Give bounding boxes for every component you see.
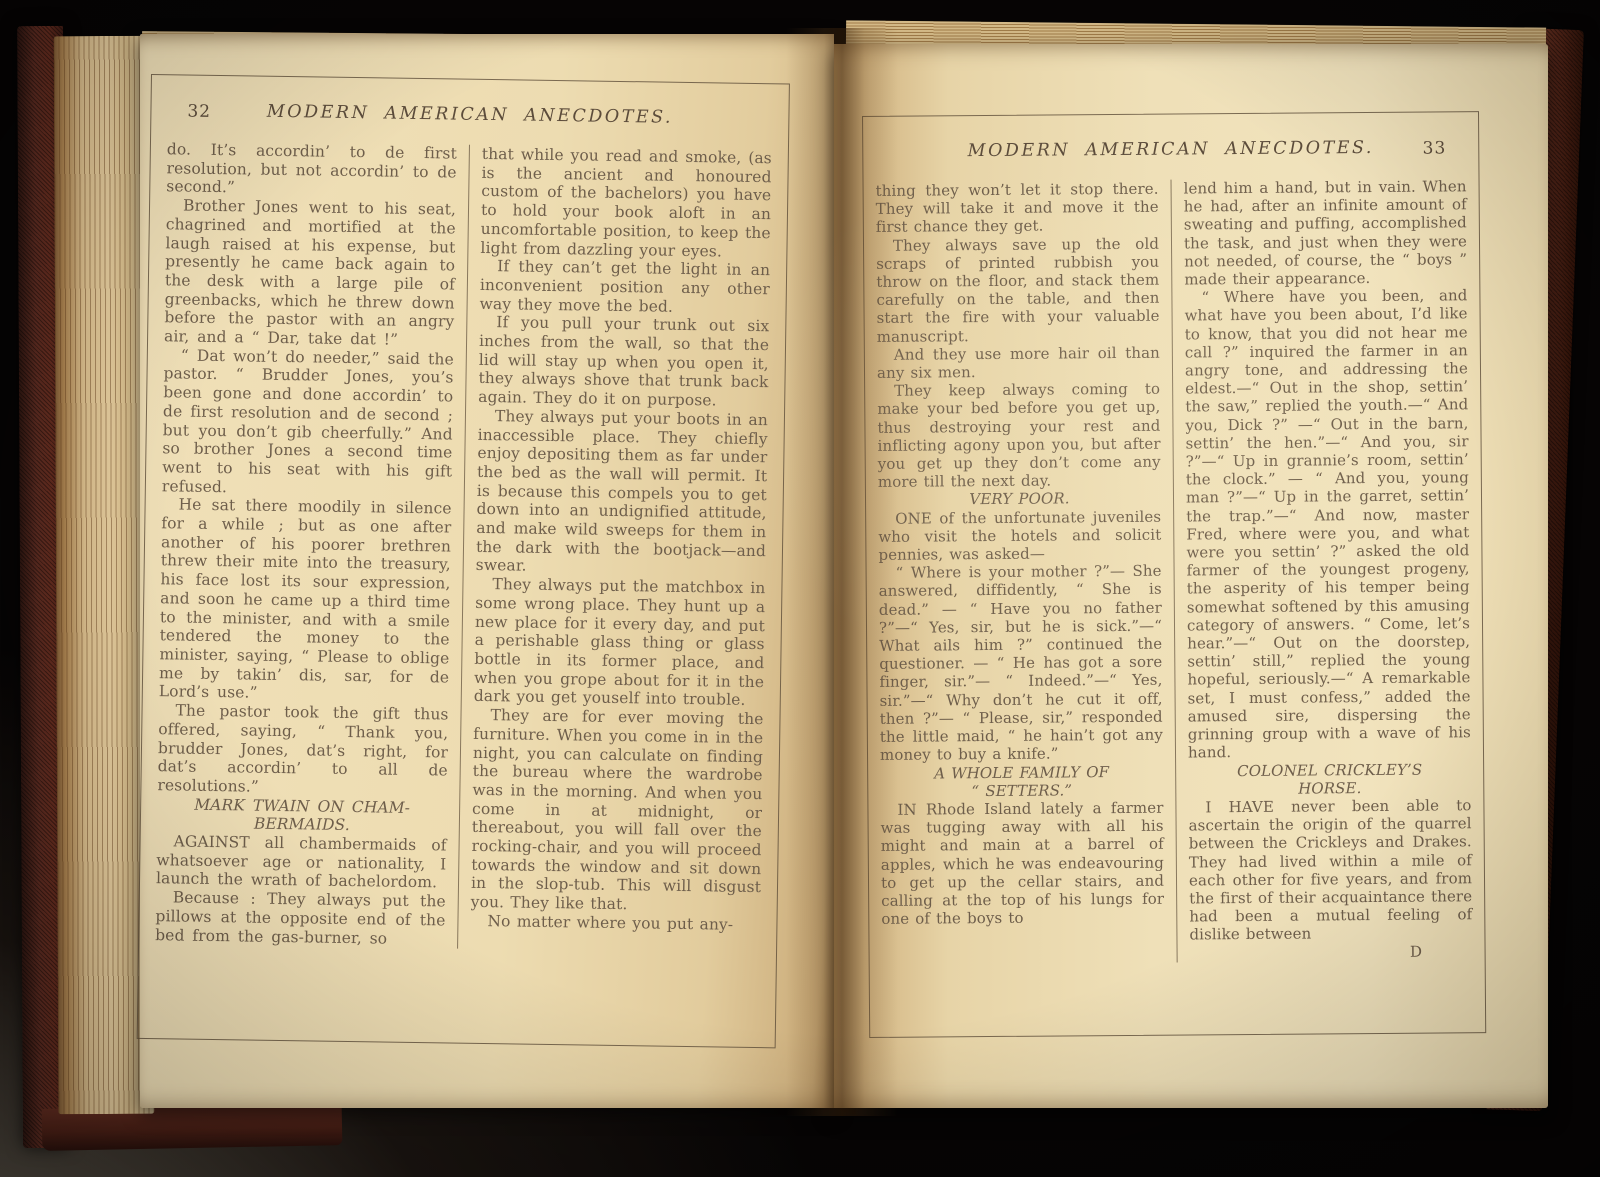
paragraph: AGAINST all chambermaids of whatsoever a… (156, 832, 447, 892)
paragraph: They always save up the old scraps of pr… (876, 234, 1160, 345)
paragraph: “ Dat won’t do needer,” said the pastor.… (162, 346, 454, 500)
page-number-left: 32 (187, 102, 211, 122)
book-photograph: 32 MODERN AMERICAN ANECDOTES. do. It’s a… (0, 0, 1600, 1177)
text-frame-left: 32 MODERN AMERICAN ANECDOTES. do. It’s a… (137, 74, 790, 1048)
paragraph: Because : They always put the pillows at… (155, 888, 446, 948)
paragraph: ONE of the unfortunate juveniles who vis… (878, 507, 1161, 564)
paragraph: The pastor took the gift thus offered, s… (157, 701, 448, 799)
running-header-left: 32 MODERN AMERICAN ANECDOTES. (151, 100, 788, 141)
paragraph: They are for ever moving the furniture. … (471, 706, 764, 916)
paragraph: They keep always coming to make your bed… (877, 380, 1161, 491)
paragraph: thing they won’t let it stop there. They… (876, 180, 1159, 237)
paragraph: They always put the matchbox in some wro… (474, 575, 766, 710)
left-page-column-1: do. It’s accordin’ to de first resolutio… (143, 140, 469, 949)
book-page-left: 32 MODERN AMERICAN ANECDOTES. do. It’s a… (140, 34, 834, 1108)
section-heading-mark-twain: MARK TWAIN ON CHAM- BERMAIDS. (157, 795, 448, 837)
paragraph: And they use more hair oil than any six … (877, 343, 1160, 382)
book-page-right: MODERN AMERICAN ANECDOTES. 33 thing they… (834, 44, 1548, 1108)
running-title-right: MODERN AMERICAN ANECDOTES. (968, 138, 1374, 161)
running-header-right: MODERN AMERICAN ANECDOTES. 33 (863, 137, 1478, 174)
paragraph: He sat there moodily in silence for a wh… (159, 496, 452, 706)
paragraph: “ Where is your mother ?”— She answered,… (879, 562, 1164, 764)
paragraph: IN Rhode Island lately a farmer was tugg… (880, 799, 1164, 929)
paragraph: If you pull your trunk out six inches fr… (478, 313, 769, 411)
paragraph: I HAVE never been able to ascertain the … (1188, 796, 1472, 944)
running-title-left: MODERN AMERICAN ANECDOTES. (267, 102, 674, 128)
left-page-column-2: that while you read and smoke, (as is th… (458, 145, 784, 954)
paragraph: “ Where have you been, and what have you… (1184, 286, 1471, 761)
text-columns-left-page: do. It’s accordin’ to de first resolutio… (139, 140, 788, 954)
paragraph: that while you read and smoke, (as is th… (480, 145, 772, 262)
printer-signature-mark: D (1190, 942, 1473, 962)
paragraph: Brother Jones went to his seat, chagrine… (164, 196, 456, 350)
paragraph: lend him a hand, but in vain. When he ha… (1184, 177, 1468, 288)
paragraph: They always put your boots in an inacces… (476, 407, 768, 580)
section-heading-whole-family: A WHOLE FAMILY OF “ SETTERS.” (880, 762, 1163, 801)
paragraph: do. It’s accordin’ to de first resolutio… (166, 140, 457, 200)
text-columns-right-page: thing they won’t let it stop there. They… (864, 177, 1485, 965)
text-frame-right: MODERN AMERICAN ANECDOTES. 33 thing they… (862, 111, 1486, 1038)
right-page-column-1: thing they won’t let it stop there. They… (864, 180, 1177, 965)
paragraph: If they can’t get the light in an inconv… (479, 257, 770, 317)
right-page-column-2: lend him a hand, but in vain. When he ha… (1172, 177, 1485, 962)
section-heading-very-poor: VERY POOR. (878, 489, 1161, 509)
page-number-right: 33 (1423, 138, 1447, 158)
section-heading-colonel-crickley: COLONEL CRICKLEY’S HORSE. (1188, 760, 1471, 799)
paragraph: No matter where you put any- (470, 912, 760, 935)
